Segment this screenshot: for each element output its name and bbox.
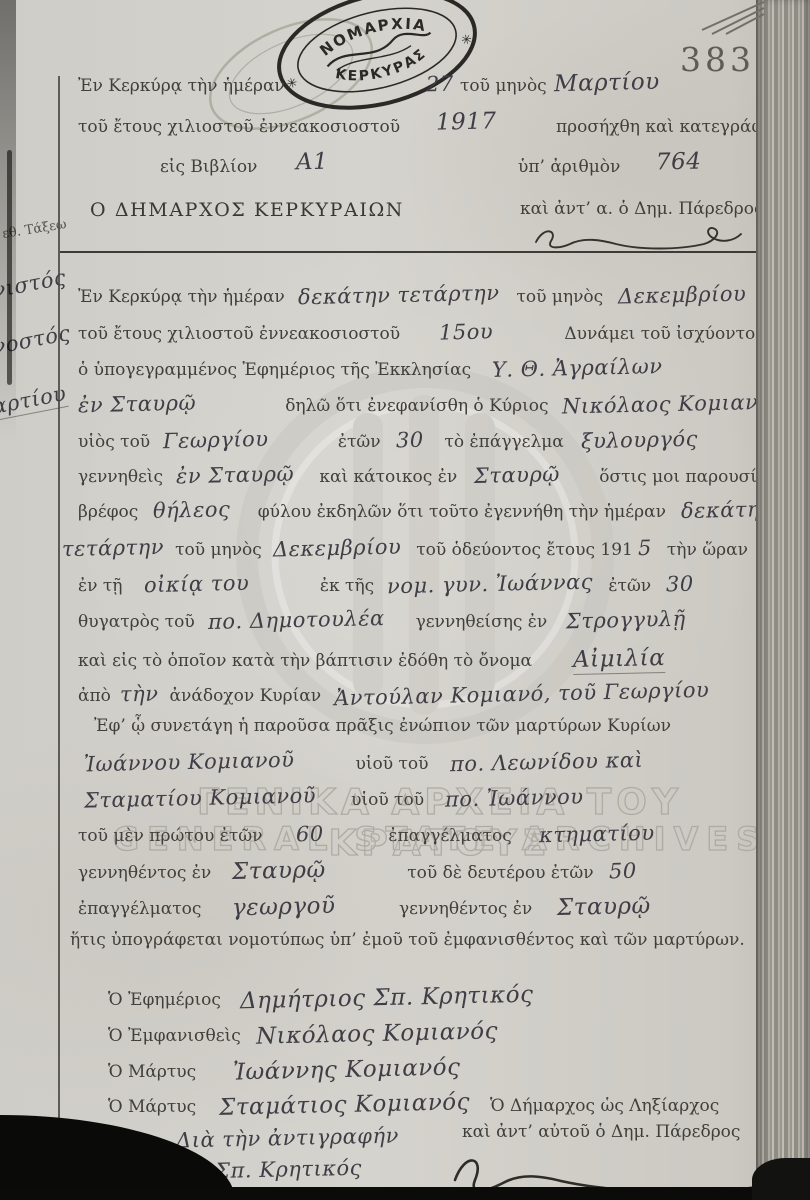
- handwritten-entry: ἐν Σταυρῷ: [78, 391, 197, 418]
- declarant-signature: Νικόλαος Κομιανός: [256, 1018, 498, 1049]
- printed-text: εἰς Βιβλίον: [160, 157, 257, 177]
- printed-text: θυγατρὸς τοῦ: [78, 612, 195, 632]
- act-line: υἱὸς τοῦ Γεωργίου ἐτῶν 30 τὸ ἐπάγγελμα ξ…: [78, 428, 788, 452]
- handwritten-entry: νομ. γυν. Ἰωάννας: [387, 570, 594, 599]
- printed-text: ὑπ’ ἀριθμὸν: [518, 157, 620, 177]
- witness2-signature: Σταμάτιος Κομιανός: [219, 1089, 471, 1121]
- section-divider: [60, 251, 796, 253]
- printed-text: τοῦ ὁδεύοντος ἔτους 191: [416, 540, 633, 560]
- signature-label: Ὁ Ἐμφανισθεὶς: [108, 1026, 241, 1046]
- act-line: βρέφος θήλεος φύλου ἐκδηλῶν ὅτι τοῦτο ἐγ…: [78, 498, 788, 522]
- act-line: τοῦ μὲν πρώτου ἐτῶν 60 ἐπαγγέλματος κτημ…: [78, 822, 788, 846]
- handwritten-entry: δεκάτην τετάρτην: [298, 281, 500, 310]
- act-line: γεννηθέντος ἐν Σταυρῷ τοῦ δὲ δευτέρου ἐτ…: [78, 858, 788, 884]
- printed-text: προσήχθη καὶ κατεγράφη: [556, 117, 774, 137]
- handwritten-entry: Δεκεμβρίου: [273, 535, 402, 562]
- signature-label: Ὁ Ἐφημέριος: [108, 990, 221, 1010]
- signature-row-declarant: Ὁ Ἐμφανισθεὶς Νικόλαος Κομιανός: [108, 1021, 810, 1047]
- printed-text: τοῦ μηνὸς: [516, 287, 603, 307]
- printed-text: ἐν τῇ: [78, 576, 122, 596]
- handwritten-entry: πο. Ἰωάννου: [445, 784, 584, 811]
- handwritten-entry: 15ου: [439, 319, 494, 344]
- scan-black-bottom-edge: [0, 1187, 810, 1200]
- mayor-title: Ο ΔΗΜΑΡΧΟΣ ΚΕΡΚΥΡΑΙΩΝ: [90, 199, 404, 221]
- printed-text: Ἐν Κερκύρᾳ τὴν ἡμέραν: [78, 76, 285, 96]
- left-margin-rule: [58, 76, 60, 1136]
- registration-line-1: Ἐν Κερκύρᾳ τὴν ἡμέραν 27 τοῦ μηνὸς Μαρτί…: [78, 76, 788, 96]
- registration-number-entry: 764: [656, 148, 702, 175]
- signature-label: Ὁ Μάρτυς: [108, 1097, 196, 1117]
- registration-line-2: τοῦ ἔτους χιλιοστοῦ ἐννεακοσιοστοῦ 1917 …: [78, 117, 788, 137]
- signature-row-witness1: Ὁ Μάρτυς Ἰωάννης Κομιανός: [108, 1057, 810, 1083]
- handwritten-entry: Σταυρῷ: [474, 462, 560, 488]
- handwritten-entry: 60: [295, 822, 323, 847]
- act-line: Ἰωάννου Κομιανοῦ υἱοῦ τοῦ πο. Λεωνίδου κ…: [84, 750, 794, 774]
- handwritten-entry: ἐν Σταυρῷ: [176, 462, 295, 489]
- registration-book-entry: Α1: [296, 149, 329, 176]
- printed-text: τὴν ὥραν: [667, 540, 748, 560]
- printed-text: τὸ ἐπάγγελμα: [445, 432, 564, 452]
- act-line: θυγατρὸς τοῦ πο. Δημοτουλέα γεννηθείσης …: [78, 608, 788, 632]
- act-line: ὁ ὑπογεγραμμένος Ἐφημέριος τῆς Ἐκκλησίας…: [78, 356, 788, 380]
- act-line: γεννηθεὶς ἐν Σταυρῷ καὶ κάτοικος ἐν Σταυ…: [78, 463, 788, 487]
- stamp-star-right-icon: ✳: [460, 32, 474, 49]
- printed-text: δηλῶ ὅτι ἐνεφανίσθη ὁ Κύριος: [285, 396, 548, 416]
- printed-text: τοῦ ἔτους χιλιοστοῦ ἐννεακοσιοστοῦ: [78, 117, 400, 137]
- handwritten-entry: γεωργοῦ: [232, 893, 336, 921]
- handwritten-entry: Σταυρῷ: [557, 893, 651, 921]
- act-line: τοῦ ἔτους χιλιοστοῦ ἐννεακοσιοστοῦ 15ου …: [78, 320, 788, 344]
- handwritten-entry: Στρογγυλῇ: [566, 607, 686, 634]
- printed-text: Ἐν Κερκύρᾳ τὴν ἡμέραν: [78, 287, 285, 307]
- handwritten-entry: πο. Λεωνίδου καὶ: [449, 748, 643, 776]
- printed-text: φύλου ἐκδηλῶν ὅτι τοῦτο ἐγεννήθη τὴν ἡμέ…: [258, 502, 666, 522]
- printed-text: γεννηθεὶς: [78, 467, 163, 487]
- registrar-title-line1: Ὁ Δήμαρχος ὡς Ληξίαρχος: [490, 1096, 719, 1116]
- handwritten-entry: τὴν: [120, 682, 159, 707]
- printed-text: ἐπαγγέλματος: [388, 826, 511, 846]
- printed-text: τοῦ μὲν πρώτου ἐτῶν: [78, 826, 262, 846]
- act-line: τετάρτην τοῦ μηνὸς Δεκεμβρίου τοῦ ὁδεύον…: [62, 536, 772, 560]
- handwritten-entry: πο. Δημοτουλέα: [208, 606, 385, 634]
- printed-text: ἐτῶν: [338, 432, 381, 452]
- printed-text: ἐτῶν: [608, 576, 651, 596]
- page-corner-lines: [696, 0, 766, 36]
- printed-text: υἱοῦ τοῦ: [356, 754, 429, 774]
- handwritten-entry: 30: [666, 572, 694, 597]
- act-line: ἐν Σταυρῷ δηλῶ ὅτι ἐνεφανίσθη ὁ Κύριος Ν…: [78, 392, 788, 416]
- handwritten-entry: κτηματίου: [539, 821, 655, 848]
- handwritten-entry: Υ. Θ. Ἀγραίλων: [492, 354, 663, 382]
- printed-text: ἀπὸ: [78, 686, 111, 706]
- printed-text: ὁ ὑπογεγραμμένος Ἐφημέριος τῆς Ἐκκλησίας: [78, 360, 471, 380]
- handwritten-entry: Νικόλαος Κομιανός: [561, 389, 783, 418]
- handwritten-entry: Αἰμιλία: [573, 645, 666, 675]
- handwritten-entry: Γεωργίου: [163, 427, 269, 453]
- scanned-register-page: ΓΕΝΙΚΑ ΑΡΧΕΙΑ ΤΟΥ ΚΡΑΤΟΥΣ GENERAL STATE …: [0, 0, 810, 1200]
- act-line: Σταματίου Κομιανοῦ υἱοῦ τοῦ πο. Ἰωάννου: [84, 786, 794, 810]
- handwritten-entry: τετάρτην: [62, 535, 165, 561]
- printed-text: γεννηθέντος ἐν: [399, 899, 532, 919]
- printed-text: ἥτις ὑπογράφεται νομοτύπως ὑπ’ ἐμοῦ τοῦ …: [70, 930, 745, 950]
- printed-text: υἱὸς τοῦ: [78, 432, 150, 452]
- printed-text: τοῦ ἔτους χιλιοστοῦ ἐννεακοσιοστοῦ: [78, 324, 400, 344]
- handwritten-entry: Ἰωάννου Κομιανοῦ: [84, 748, 295, 777]
- act-line: ἐν τῇ οἰκίᾳ του ἐκ τῆς νομ. γυν. Ἰωάννας…: [78, 572, 788, 596]
- signature-row-priest: Ὁ Ἐφημέριος Δημήτριος Σπ. Κρητικός: [108, 985, 810, 1011]
- scan-black-corner-bottom-right: [752, 1158, 810, 1200]
- deputy-signature-scribble: [530, 216, 745, 260]
- book-page-stack-edge: [756, 0, 810, 1200]
- printed-text: ἀνάδοχον Κυρίαν: [170, 686, 322, 706]
- printed-text: γεννηθέντος ἐν: [78, 863, 211, 883]
- handwritten-entry: 50: [608, 859, 636, 884]
- page-number: 383: [680, 40, 755, 79]
- signature-label: Ὁ Μάρτυς: [108, 1062, 196, 1082]
- printed-text: Ἐφ’ ᾧ συνετάγη ἡ παροῦσα πρᾶξις ἐνώπιον …: [94, 716, 671, 736]
- handwritten-entry: Σταυρῷ: [232, 857, 326, 885]
- copy-note: Διὰ τὴν ἀντιγραφήν: [176, 1123, 399, 1152]
- printed-text: τοῦ μηνὸς: [175, 540, 262, 560]
- act-line: ἀπὸ τὴν ἀνάδοχον Κυρίαν Ἀντούλαν Κομιανό…: [78, 682, 788, 706]
- handwritten-entry: 30: [395, 428, 423, 453]
- act-line: Ἐφ’ ᾧ συνετάγη ἡ παροῦσα πρᾶξις ἐνώπιον …: [94, 716, 804, 736]
- act-line: ἐπαγγέλματος γεωργοῦ γεννηθέντος ἐν Σταυ…: [78, 894, 788, 920]
- handwritten-entry: Ἀντούλαν Κομιανό, τοῦ Γεωργίου: [334, 678, 710, 711]
- act-line: ἥτις ὑπογράφεται νομοτύπως ὑπ’ ἐμοῦ τοῦ …: [70, 930, 780, 950]
- printed-text: γεννηθείσης ἐν: [416, 612, 548, 632]
- printed-text: ἐκ τῆς: [320, 576, 374, 596]
- handwritten-entry: θήλεος: [153, 497, 231, 523]
- act-line: Ἐν Κερκύρᾳ τὴν ἡμέραν δεκάτην τετάρτην τ…: [78, 283, 788, 307]
- handwritten-entry: Σταματίου Κομιανοῦ: [84, 783, 316, 812]
- registration-day-entry: 27: [426, 72, 454, 97]
- witness1-signature: Ἰωάννης Κομιανός: [233, 1054, 461, 1085]
- registration-year-entry: 1917: [436, 108, 497, 135]
- printed-text: καὶ κάτοικος ἐν: [319, 467, 457, 487]
- printed-text: τοῦ μηνὸς: [460, 76, 547, 96]
- handwritten-entry: 5: [638, 536, 652, 560]
- priest-signature: Δημήτριος Σπ. Κρητικός: [240, 982, 534, 1015]
- handwritten-entry: Δεκεμβρίου: [618, 282, 747, 309]
- handwritten-entry: ξυλουργός: [581, 427, 698, 454]
- printed-text: βρέφος: [78, 502, 138, 522]
- printed-text: καὶ εἰς τὸ ὁποῖον κατὰ τὴν βάπτισιν ἐδόθ…: [78, 651, 532, 671]
- printed-text: ἐπαγγέλματος: [78, 899, 201, 919]
- printed-text: υἱοῦ τοῦ: [351, 790, 424, 810]
- registration-month-entry: Μαρτίου: [554, 69, 660, 97]
- act-line: καὶ εἰς τὸ ὁποῖον κατὰ τὴν βάπτισιν ἐδόθ…: [78, 646, 788, 674]
- handwritten-entry: οἰκίᾳ του: [143, 571, 249, 597]
- binding-gutter-dark-line: [7, 150, 12, 385]
- printed-text: τοῦ δὲ δευτέρου ἐτῶν: [407, 863, 593, 883]
